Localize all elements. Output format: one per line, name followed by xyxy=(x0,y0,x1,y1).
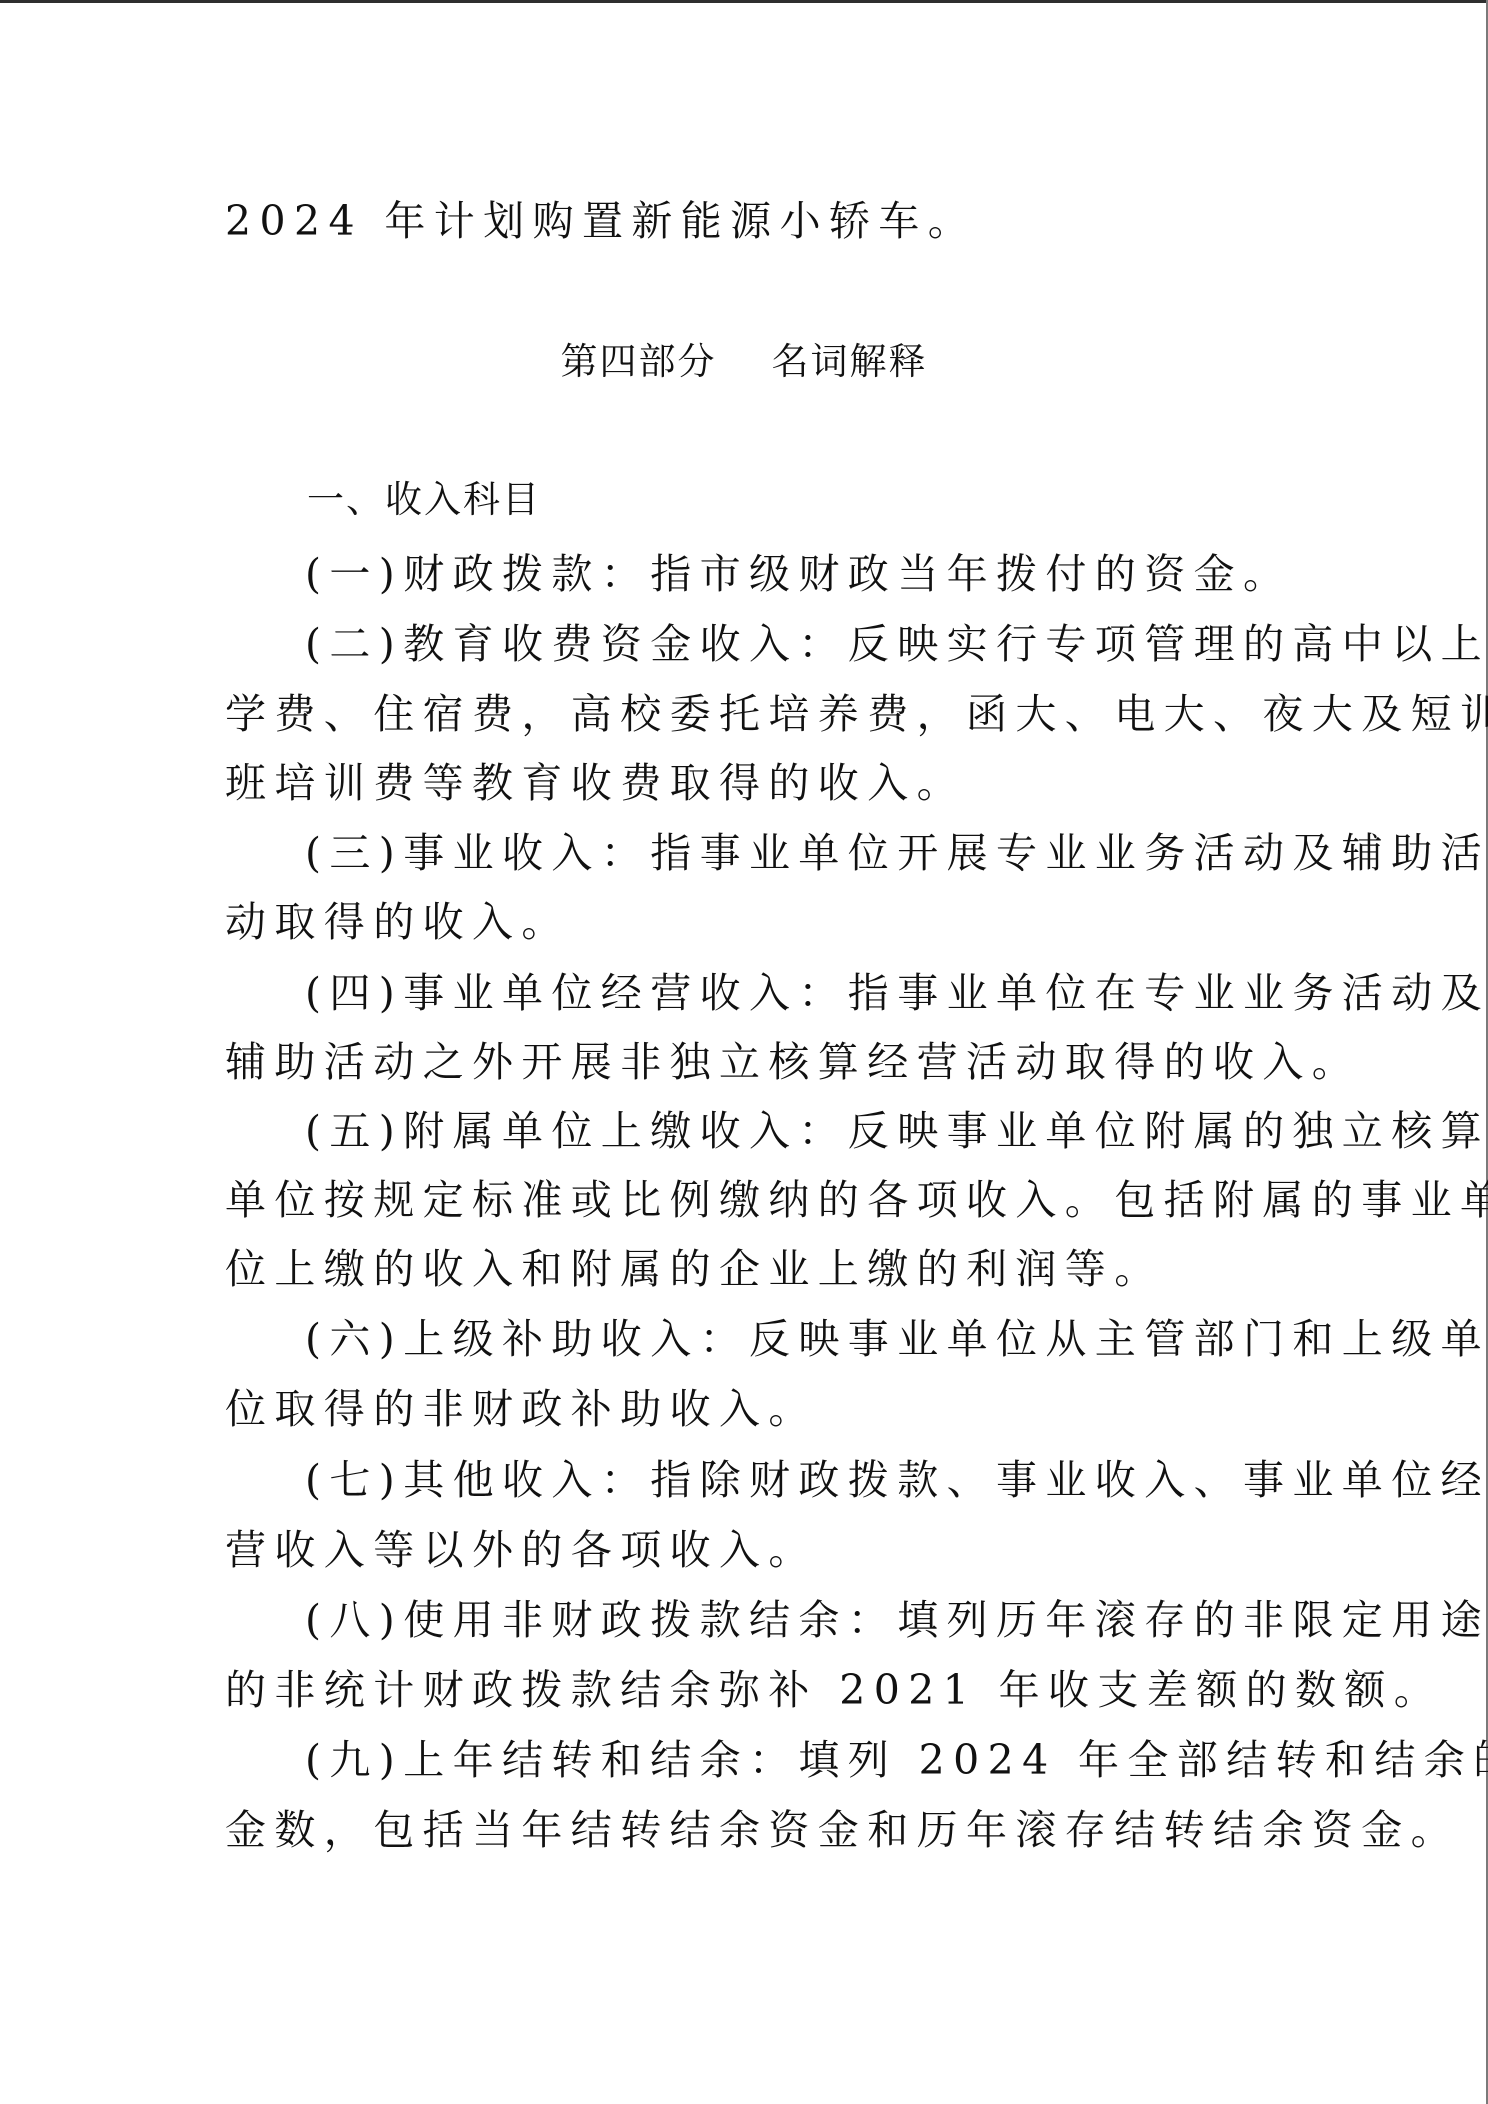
paragraph-line: 营收入等以外的各项收入。 xyxy=(225,1525,818,1575)
paragraph-line: (七)其他收入：指除财政拨款、事业收入、事业单位经 xyxy=(305,1455,1488,1505)
paragraph-line: (八)使用非财政拨款结余：填列历年滚存的非限定用途 xyxy=(305,1595,1488,1645)
intro-line: 2024 年计划购置新能源小轿车。 xyxy=(225,196,977,246)
paragraph-line: 的非统计财政拨款结余弥补 2021 年收支差额的数额。 xyxy=(225,1665,1443,1715)
paragraph-line: 位上缴的收入和附属的企业上缴的利润等。 xyxy=(225,1244,1164,1294)
page-top-border xyxy=(0,0,1488,3)
paragraph-line: (二)教育收费资金收入：反映实行专项管理的高中以上 xyxy=(305,619,1488,669)
part-heading: 第四部分 名词解释 xyxy=(0,339,1488,385)
paragraph-line: 位取得的非财政补助收入。 xyxy=(225,1384,818,1434)
paragraph-line: (六)上级补助收入：反映事业单位从主管部门和上级单 xyxy=(305,1314,1488,1364)
paragraph-line: 辅助活动之外开展非独立核算经营活动取得的收入。 xyxy=(225,1037,1361,1087)
paragraph-line: 动取得的收入。 xyxy=(225,897,571,947)
paragraph-line: (一)财政拨款：指市级财政当年拨付的资金。 xyxy=(305,549,1292,599)
paragraph-line: 班培训费等教育收费取得的收入。 xyxy=(225,758,966,808)
paragraph-line: 金数，包括当年结转结余资金和历年滚存结转结余资金。 xyxy=(225,1805,1460,1855)
section-title: 一、收入科目 xyxy=(307,477,541,523)
paragraph-line: 单位按规定标准或比例缴纳的各项收入。包括附属的事业单 xyxy=(225,1175,1488,1225)
paragraph-line: 学费、住宿费，高校委托培养费，函大、电大、夜大及短训 xyxy=(225,689,1488,739)
paragraph-line: (五)附属单位上缴收入：反映事业单位附属的独立核算 xyxy=(305,1106,1488,1156)
paragraph-line: (九)上年结转和结余：填列 2024 年全部结转和结余的资 xyxy=(305,1735,1488,1785)
paragraph-line: (三)事业收入：指事业单位开展专业业务活动及辅助活 xyxy=(305,828,1488,878)
paragraph-line: (四)事业单位经营收入：指事业单位在专业业务活动及 xyxy=(305,968,1488,1018)
